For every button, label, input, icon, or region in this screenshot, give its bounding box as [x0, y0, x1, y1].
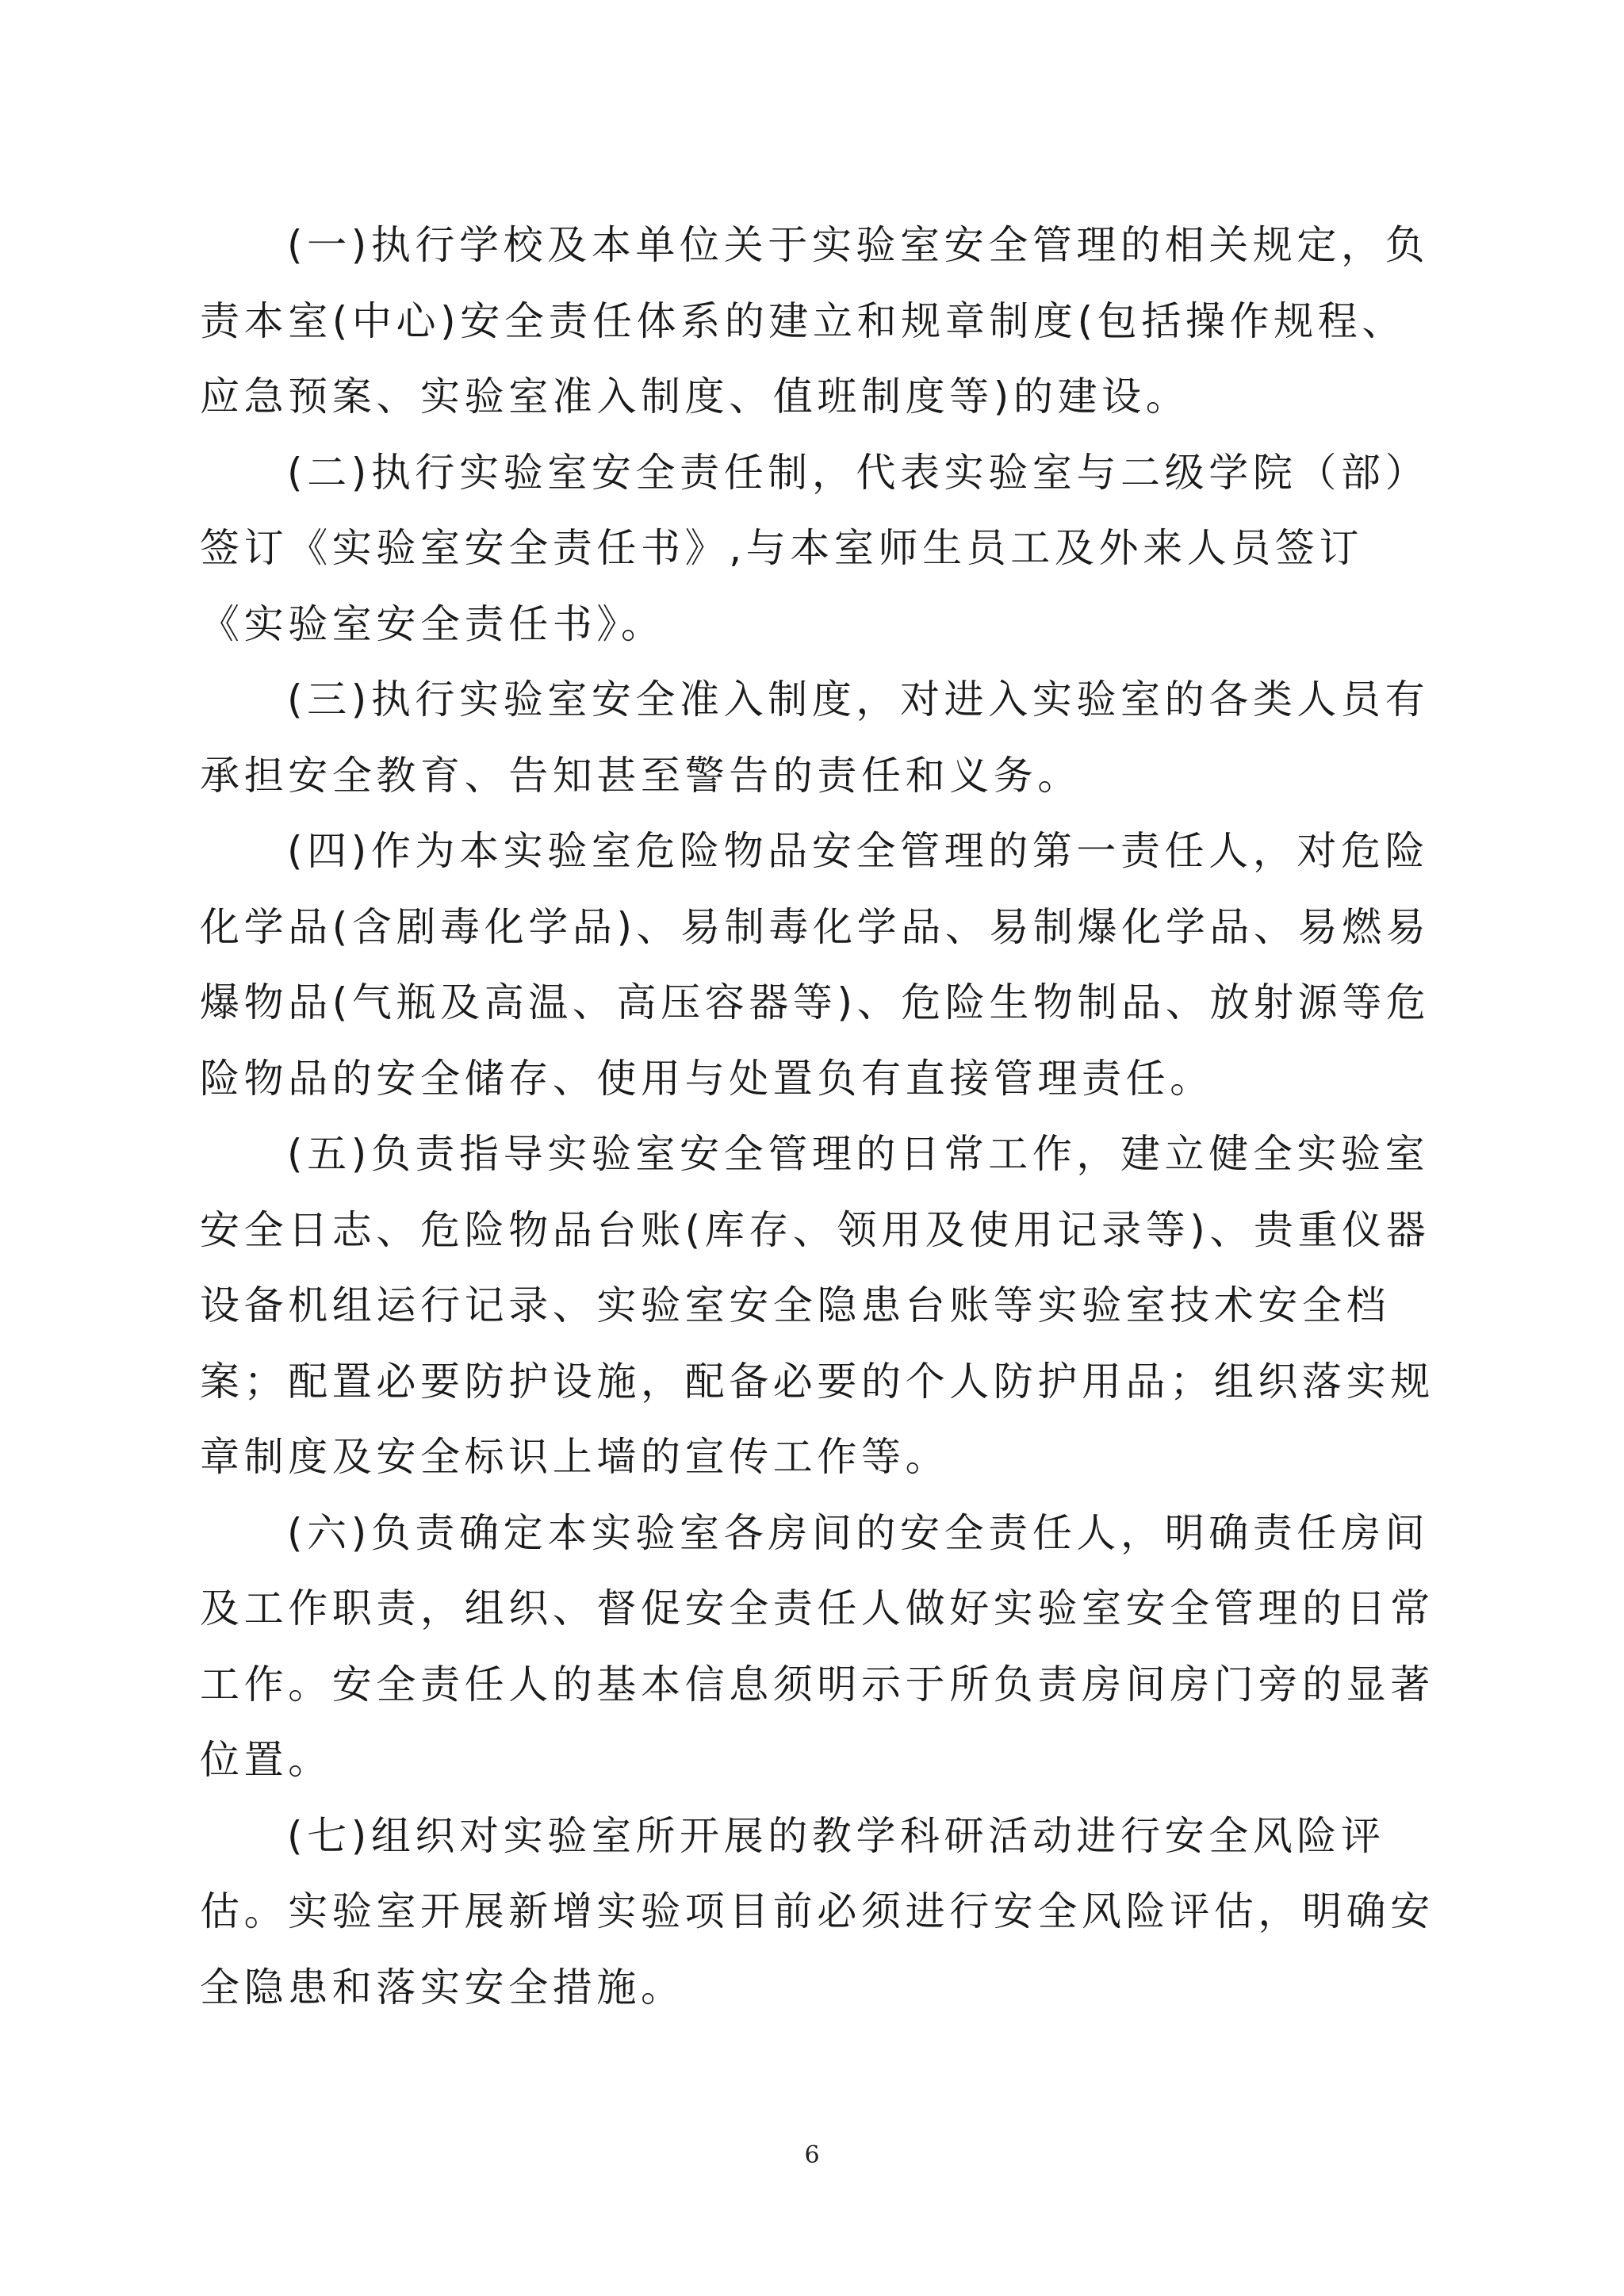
paragraph-5: (五)负责指导实验室安全管理的日常工作，建立健全实验室 安全日志、危险物品台账(…: [200, 1117, 1437, 1496]
paragraph-line: 险物品的安全储存、使用与处置负有直接管理责任。: [200, 1041, 1437, 1117]
paragraph-3: (三)执行实验室安全准入制度，对进入实验室的各类人员有 承担安全教育、告知甚至警…: [200, 662, 1437, 814]
paragraph-line: 设备机组运行记录、实验室安全隐患台账等实验室技术安全档: [200, 1268, 1437, 1344]
paragraph-line: 及工作职责，组织、督促安全责任人做好实验室安全管理的日常: [200, 1571, 1437, 1647]
paragraph-line: (六)负责确定本实验室各房间的安全责任人，明确责任房间: [200, 1496, 1437, 1572]
paragraph-line: 章制度及安全标识上墙的宣传工作等。: [200, 1420, 1437, 1496]
paragraph-line: (五)负责指导实验室安全管理的日常工作，建立健全实验室: [200, 1117, 1437, 1193]
paragraph-line: (七)组织对实验室所开展的教学科研活动进行安全风险评: [200, 1799, 1437, 1875]
paragraph-line: 化学品(含剧毒化学品)、易制毒化学品、易制爆化学品、易燃易: [200, 890, 1437, 966]
paragraph-line: (一)执行学校及本单位关于实验室安全管理的相关规定，负: [200, 208, 1437, 284]
paragraph-line: (四)作为本实验室危险物品安全管理的第一责任人，对危险: [200, 814, 1437, 890]
paragraph-line: 责本室(中心)安全责任体系的建立和规章制度(包括操作规程、: [200, 284, 1437, 360]
paragraph-line: (二)执行实验室安全责任制，代表实验室与二级学院（部）: [200, 435, 1437, 512]
paragraph-line: 应急预案、实验室准入制度、值班制度等)的建设。: [200, 359, 1437, 435]
paragraph-line: 全隐患和落实安全措施。: [200, 1950, 1437, 2026]
paragraph-line: 案；配置必要防护设施，配备必要的个人防护用品；组织落实规: [200, 1344, 1437, 1420]
paragraph-4: (四)作为本实验室危险物品安全管理的第一责任人，对危险 化学品(含剧毒化学品)、…: [200, 814, 1437, 1117]
paragraph-2: (二)执行实验室安全责任制，代表实验室与二级学院（部） 签订《实验室安全责任书》…: [200, 435, 1437, 663]
paragraph-line: (三)执行实验室安全准入制度，对进入实验室的各类人员有: [200, 662, 1437, 738]
paragraph-line: 爆物品(气瓶及高温、高压容器等)、危险生物制品、放射源等危: [200, 965, 1437, 1041]
paragraph-line: 《实验室安全责任书》。: [200, 587, 1437, 663]
document-page: (一)执行学校及本单位关于实验室安全管理的相关规定，负 责本室(中心)安全责任体…: [0, 0, 1624, 2296]
paragraph-line: 承担安全教育、告知甚至警告的责任和义务。: [200, 738, 1437, 815]
document-body: (一)执行学校及本单位关于实验室安全管理的相关规定，负 责本室(中心)安全责任体…: [200, 208, 1437, 2026]
paragraph-line: 估。实验室开展新增实验项目前必须进行安全风险评估，明确安: [200, 1874, 1437, 1950]
paragraph-6: (六)负责确定本实验室各房间的安全责任人，明确责任房间 及工作职责，组织、督促安…: [200, 1496, 1437, 1799]
paragraph-7: (七)组织对实验室所开展的教学科研活动进行安全风险评 估。实验室开展新增实验项目…: [200, 1799, 1437, 2026]
page-number: 6: [0, 2141, 1624, 2169]
paragraph-1: (一)执行学校及本单位关于实验室安全管理的相关规定，负 责本室(中心)安全责任体…: [200, 208, 1437, 435]
paragraph-line: 安全日志、危险物品台账(库存、领用及使用记录等)、贵重仪器: [200, 1193, 1437, 1269]
paragraph-line: 工作。安全责任人的基本信息须明示于所负责房间房门旁的显著: [200, 1647, 1437, 1723]
paragraph-line: 位置。: [200, 1723, 1437, 1799]
paragraph-line: 签订《实验室安全责任书》,与本室师生员工及外来人员签订: [200, 511, 1437, 587]
